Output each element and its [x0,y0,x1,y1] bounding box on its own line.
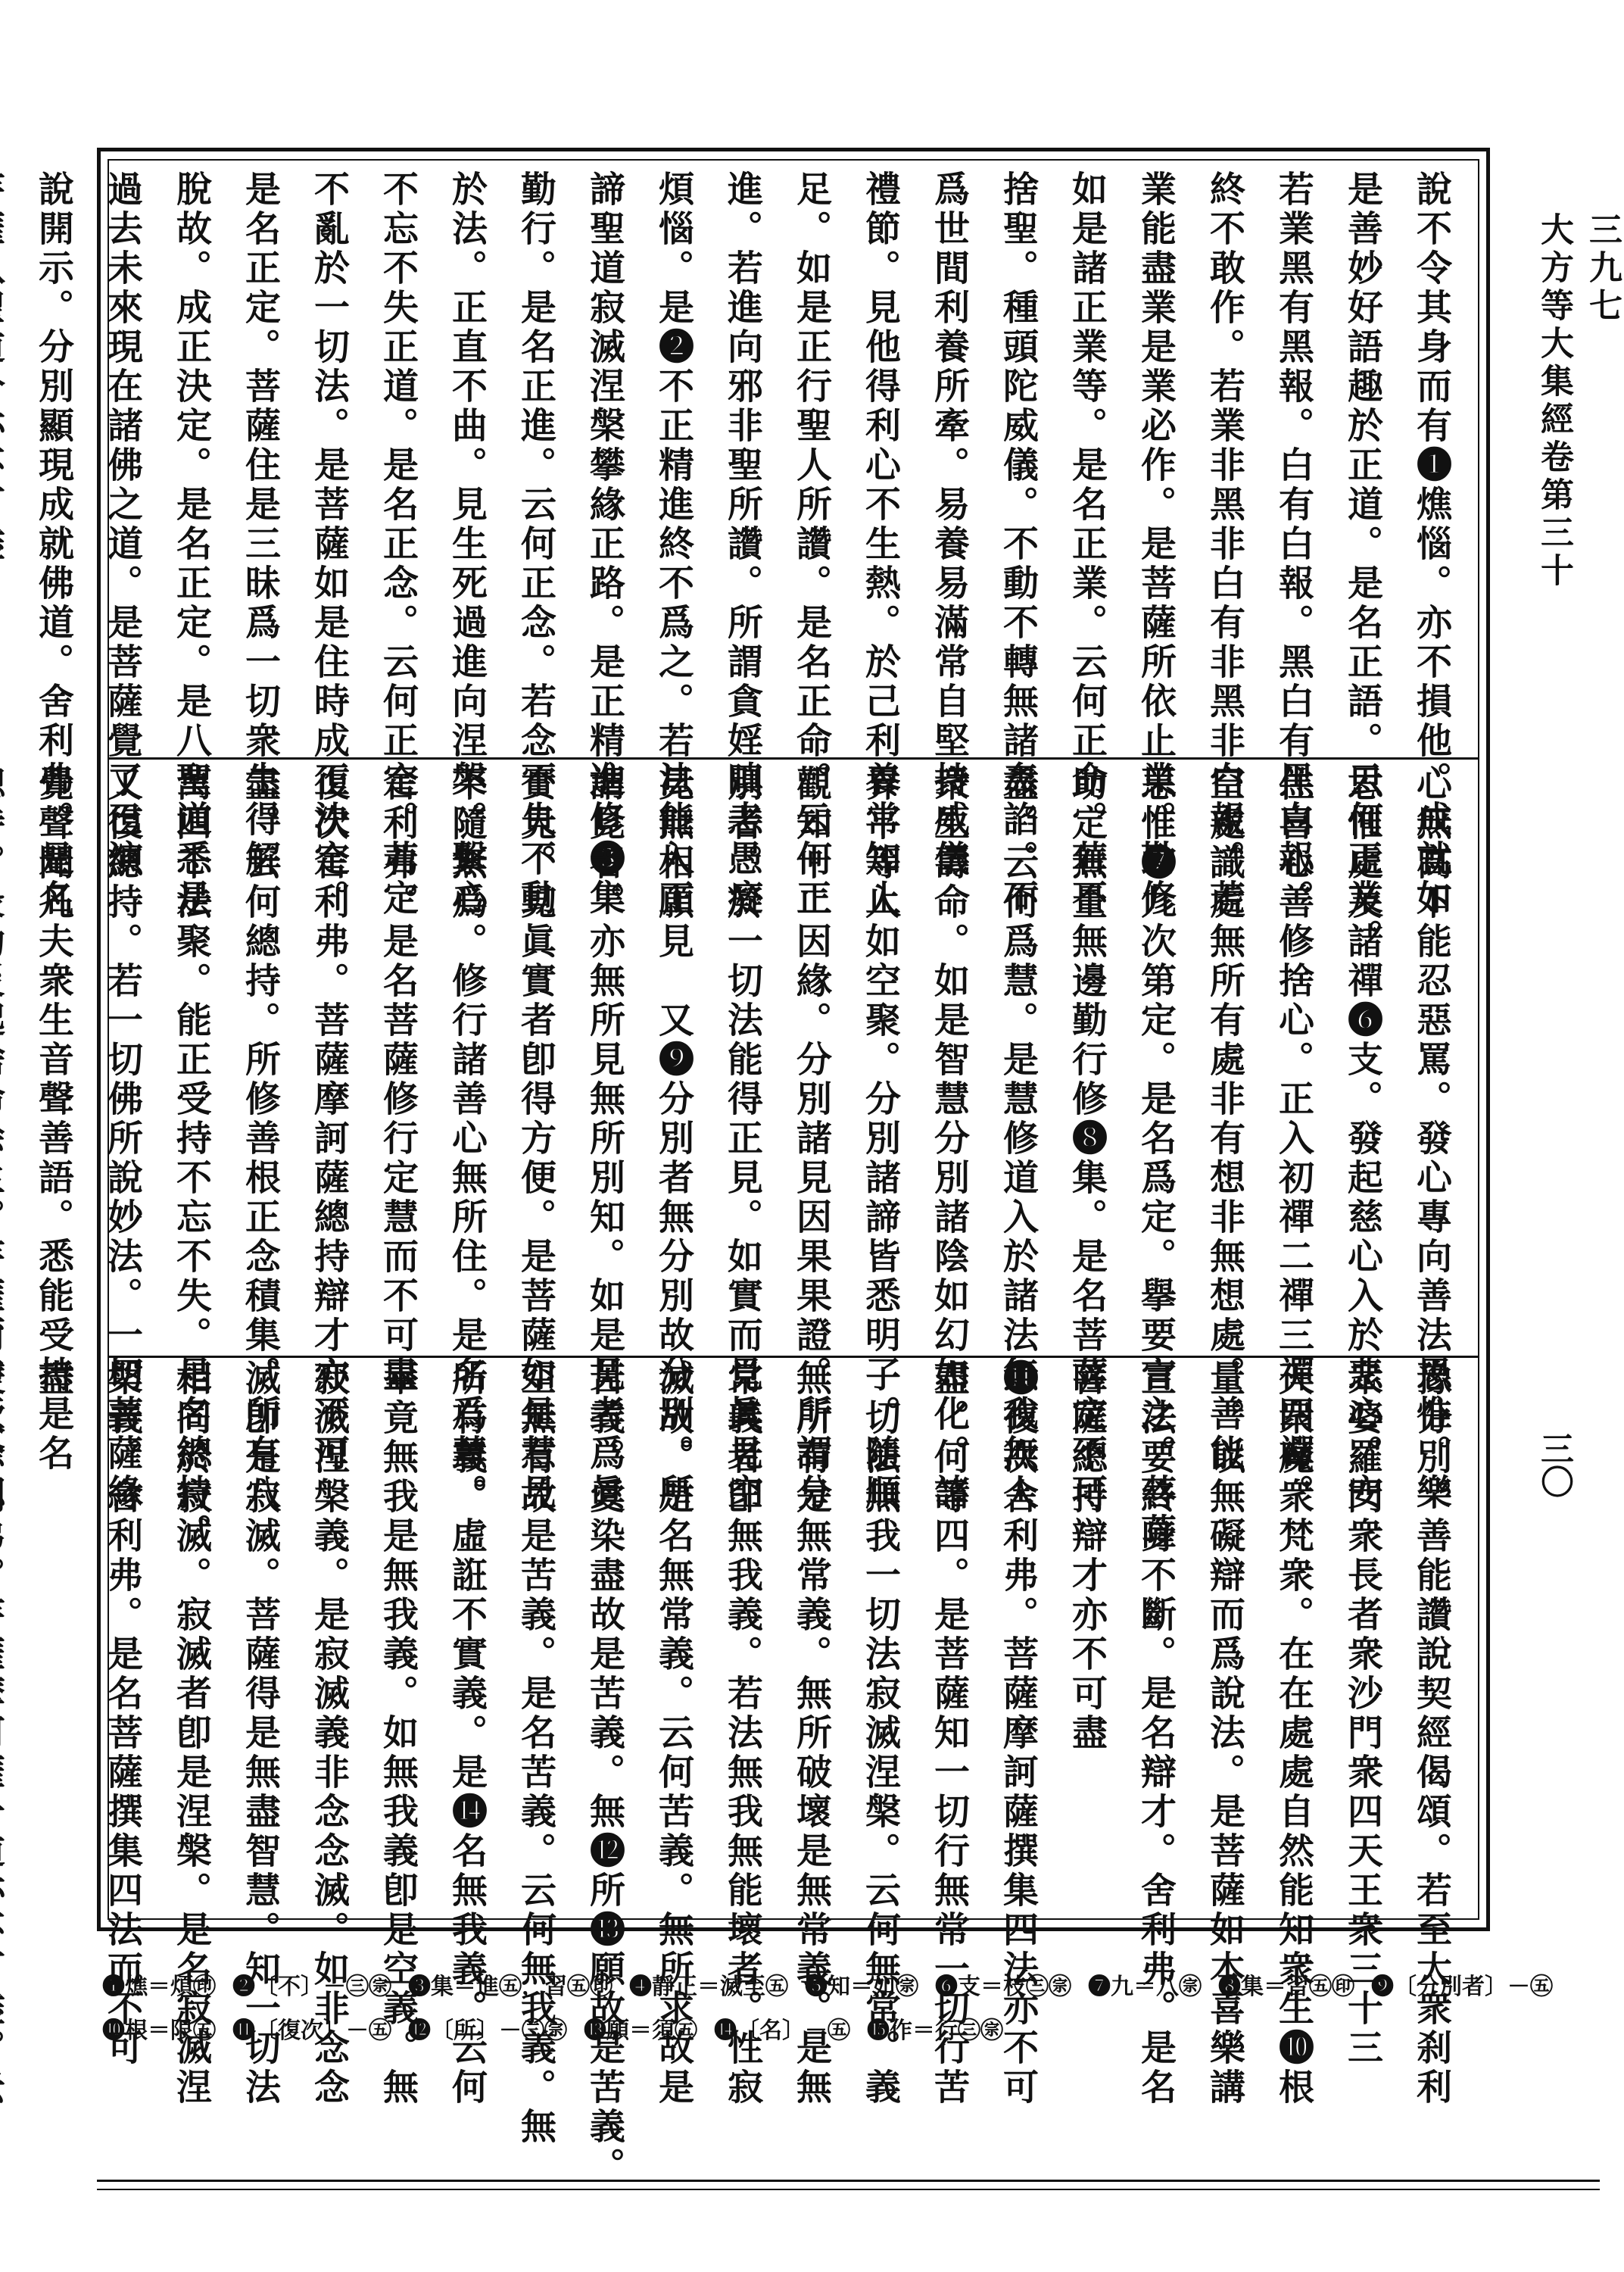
text-column: 量。以無礙辯而爲說法。是菩薩如本喜樂講 [1190,1359,1259,1920]
text-column: 衆生壽命。如是智慧分別諸陰如幻如化。諸 [915,765,983,1352]
footnote: ❸集＝進㊄，習㊄㊞ [408,1974,613,2000]
footnote: ⓮〔名〕－㊄ [714,2018,850,2044]
text-column: 所有義。虛誑不實義。是⓮名無我義。云何 [432,1359,501,1920]
text-column: 盡。何等四。是菩薩知一切行無常一切行苦 [915,1359,983,1920]
text-column: 相同於寂滅。寂滅者卽是涅槃。是名寂滅涅 [157,1359,226,1920]
footnotes: ❶燋＝煩㊞❷〔不〕－㊂㊪❸集＝進㊄，習㊄㊞❹靜正＝滅至㊄❺知＝如㊪❻支＝枝㊂㊪❼… [102,1965,1586,2053]
text-column: 又復總持。若一切佛所說妙法。一切菩薩緣 [88,765,157,1352]
text-column: 勤行。是名正進。云何正念。若念不失不動 [501,170,570,754]
text-column: 說開示。分別顯現成就佛道。舍利弗。是名 [19,170,88,754]
text-column: 盡。云何爲慧。是慧修道入於諸法無我無人 [983,765,1052,1352]
footnote: ❹靜正＝滅至㊄ [629,1974,788,2000]
text-column: 不亂於一切法。是菩薩如是住時成正決定。 [295,170,363,754]
text-column: 謂見者。亦無所見無所別知。如是見者爲眞 [570,765,639,1352]
footnote: ❼九＝八㊪ [1088,1974,1202,2000]
text-column: 進。若進向邪非聖所讚。所謂貪婬瞋恚愚癡 [708,170,777,754]
text-column: 禮節。見他得利心不生熱。於己利養常知止 [846,170,915,754]
text-column: 心無高下能忍惡罵。發心專向善法思惟。樂 [1397,765,1466,1352]
text-column: 實見。見眞實者卽得方便。是菩薩如是慧見 [501,765,570,1352]
footnote: ⓫〔復次〕－㊄ [232,2018,391,2044]
text-column: 說不令其身而有❶燋惱。亦不損他。成就如 [1397,170,1466,754]
text-column: 若業黑有黑報。白有白報。黑白有黑白報。 [1259,170,1328,754]
text-column: 是善妙好語趣於正道。是名正語。云何正業。 [1328,170,1397,754]
text-column: 住喜心善修捨心。正入初禪二禪三禪四禪。 [1259,765,1328,1352]
sutra-title: 大方等大集經卷第三十 [1535,212,1573,591]
text-column: 思惟❼九次第定。是名爲定。擧要言之。菩薩 [1121,765,1190,1352]
text-column: 諦聖道寂滅涅槃攀緣正路。是正精進修❸集 [570,170,639,754]
page-number: 三九七 [1578,212,1624,545]
footnote: ❻支＝枝㊂㊪ [935,1974,1071,2000]
text-column: 別者。於一切法能得正見。如實而見眞見空 [708,765,777,1352]
text-column: ⓫復次舍利弗。菩薩摩訶薩撰集四法亦不可 [983,1359,1052,1920]
text-column: 菩薩總持辯才亦不可盡 [1052,1359,1121,1920]
bottom-rule-thin [97,2189,1600,2190]
running-header: 三九七 大方等大集經卷第三十 [1529,212,1624,591]
footnote: ❾〔分別者〕－㊄ [1371,1974,1553,2000]
text-column: 捨聖。種頭陀威儀。不動不轉無諸姦諂。不 [983,170,1052,754]
text-column: 盡。云何總持。所修善根正念積集。所有八 [226,765,295,1352]
text-column: 爲世間利養所牽。易養易滿常自堅持威儀 [915,170,983,754]
text-column: 終不敢作。若業非黑非白有非黑非白報。若 [1190,170,1259,754]
footnote: ⓭願＝須㊄ [584,2018,697,2044]
text-column: 空處識處無所有處非有想非無想處。善能 [1190,765,1259,1352]
text-column: 盡 [19,1359,88,1920]
text-column: 煩惱。是❷不正精進終不爲之。若法能入正 [639,170,708,754]
text-column: 界平等入如空聚。分別諸諦皆悉明了。隨順 [846,765,915,1352]
text-column: 豫分別。善能讚說契經偈頌。若至大衆刹利 [1397,1359,1466,1920]
text-column: 空無有故是苦義。是名苦義。云何無我義。無 [501,1359,570,1920]
text-column: 天衆魔衆梵衆。在在處處自然能知衆生❿根 [1259,1359,1328,1920]
footnote: ❶燋＝煩㊞ [102,1974,216,2000]
text-column: 衆婆羅門衆長者衆沙門衆四天王衆三十三 [1328,1359,1397,1920]
text-column: 宣法要終身不斷。是名辯才。舍利弗。是名 [1121,1359,1190,1920]
footnote: ⓬〔所〕－㊂㊪ [408,2018,567,2044]
text-column: 復次舍利弗。菩薩摩訶薩總持辯才亦不可 [295,765,363,1352]
text-column: 見無相願見 又❾分別者無分別故分別。所 [639,765,708,1352]
footnote: ❷〔不〕－㊂㊪ [232,1974,391,2000]
text-column: 總持。設劫災起捨命餘生。菩薩爾時正念總 [0,765,19,1352]
text-column: 無所有是無常義。無所破壞是無常義。是無 [777,1359,846,1920]
text-column: 助定無量無邊勤行修❽集。是名菩薩定不可 [1052,765,1121,1352]
text-column: 常義者卽無我義。若法無我無能壞者。性寂 [708,1359,777,1920]
text-column: 菩薩八聖道分亦不可盡 [0,170,19,754]
text-column: 滅故。是名無常義。云何苦義。無所求故是 [639,1359,708,1920]
side-page-number: 三〇 [1529,1431,1578,1498]
text-column: 苦義。愛染盡故是苦義。無⓬所⓭願故是苦義。 [570,1359,639,1920]
text-column: 觀知十二因緣。分別諸見因果果證。所謂分 [777,765,846,1352]
text-column: 是名正定。菩薩住是三昧爲一切衆生得解 [226,170,295,754]
text-band-bottom: 豫分別。善能讚說契經偈頌。若至大衆刹利衆婆羅門衆長者衆沙門衆四天王衆三十三天衆魔… [108,1359,1479,1920]
text-column: 思惟處及諸禪❻支。發起慈心入於悲心。安 [1328,765,1397,1352]
text-column: 萬四千法聚。能正受持不忘不失。是名總持。 [157,765,226,1352]
text-band-top: 說不令其身而有❶燋惱。亦不損他。成就如是善妙好語趣於正道。是名正語。云何正業。若… [108,170,1479,754]
text-column: 不忘不失正道。是名正念。云何正定。若定 [363,170,432,754]
footnote: ❽集＝習㊄㊞ [1218,1974,1354,2000]
text-column: 槃義。舍利弗。是名菩薩撰集四法而不可 [88,1359,157,1920]
text-column: 復次舍利弗。菩薩摩訶薩一道亦不可盡。云 [0,1359,19,1920]
text-band-middle: 心無高下能忍惡罵。發心專向善法思惟。樂思惟處及諸禪❻支。發起慈心入於悲心。安住喜… [108,765,1479,1352]
bottom-rule [97,2180,1600,2182]
text-column: 覺聲聞凡夫衆生音聲善語。悉能受持是名 [19,765,88,1352]
text-column: 於法。正直不曲。見生死過進向涅槃。繫心 [432,170,501,754]
text-column: 業能盡業是業必作。是菩薩所依止業。勤修 [1121,170,1190,754]
text-column: 畢竟無我是無我義。如無我義卽是空義。無 [363,1359,432,1920]
text-column: 寂滅涅槃義。是寂滅義非念念滅。如非念念 [295,1359,363,1920]
text-column: 滅卽是寂滅。菩薩得是無盡智慧。知一切法 [226,1359,295,1920]
text-column: 脫故。成正決定。是名正定。是八聖道悉是 [157,170,226,754]
text-column: 一切法無我一切法寂滅涅槃。云何無常。義 [846,1359,915,1920]
text-column: 足。如是正行聖人所讚。是名正命。云何正 [777,170,846,754]
footnote: ⓯作＝行㊂㊪ [867,2018,1003,2044]
text-column: 如是諸正業等。是名正業。云何正命。若不 [1052,170,1121,754]
text-column: 過去未來現在諸佛之道。是菩薩覺了已演 [88,170,157,754]
text-column: 舍利弗。是名菩薩修行定慧而不可盡 [363,765,432,1352]
footnote: ❺知＝如㊪ [805,1974,918,2000]
text-column: 不隨無爲。修行諸善心無所住。是名爲慧。 [432,765,501,1352]
footnote: ❿根＝限㊄ [102,2018,216,2044]
